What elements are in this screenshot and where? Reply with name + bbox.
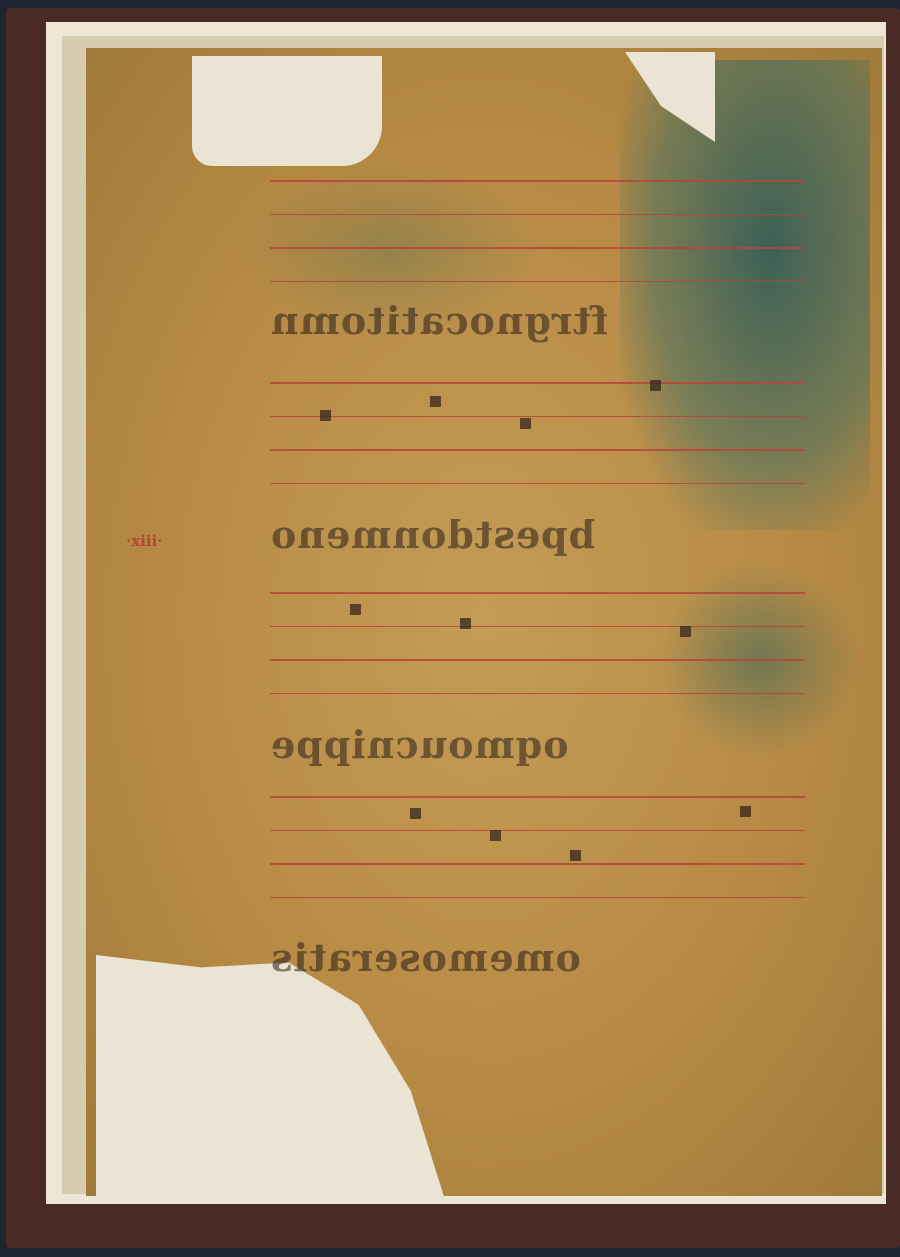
staff-2	[270, 382, 805, 516]
tear-top-left	[192, 56, 382, 166]
neume	[650, 380, 661, 391]
neume	[520, 418, 531, 429]
lyric-line-4: omemoseratis	[270, 935, 581, 980]
staff-1	[270, 180, 805, 314]
neume	[460, 618, 471, 629]
neume	[430, 396, 441, 407]
neume	[320, 410, 331, 421]
lyric-line-3: oqmoucnippe	[270, 722, 569, 767]
neume	[490, 830, 501, 841]
neume	[410, 808, 421, 819]
neume	[680, 626, 691, 637]
neume	[740, 806, 751, 817]
neume	[570, 850, 581, 861]
staff-4	[270, 796, 805, 930]
folio-number: ·xiii·	[126, 532, 162, 550]
lyric-line-2: bpestdonmeno	[270, 512, 595, 557]
neume	[350, 604, 361, 615]
lyric-line-1: ftrgnocatitomn	[270, 298, 608, 343]
